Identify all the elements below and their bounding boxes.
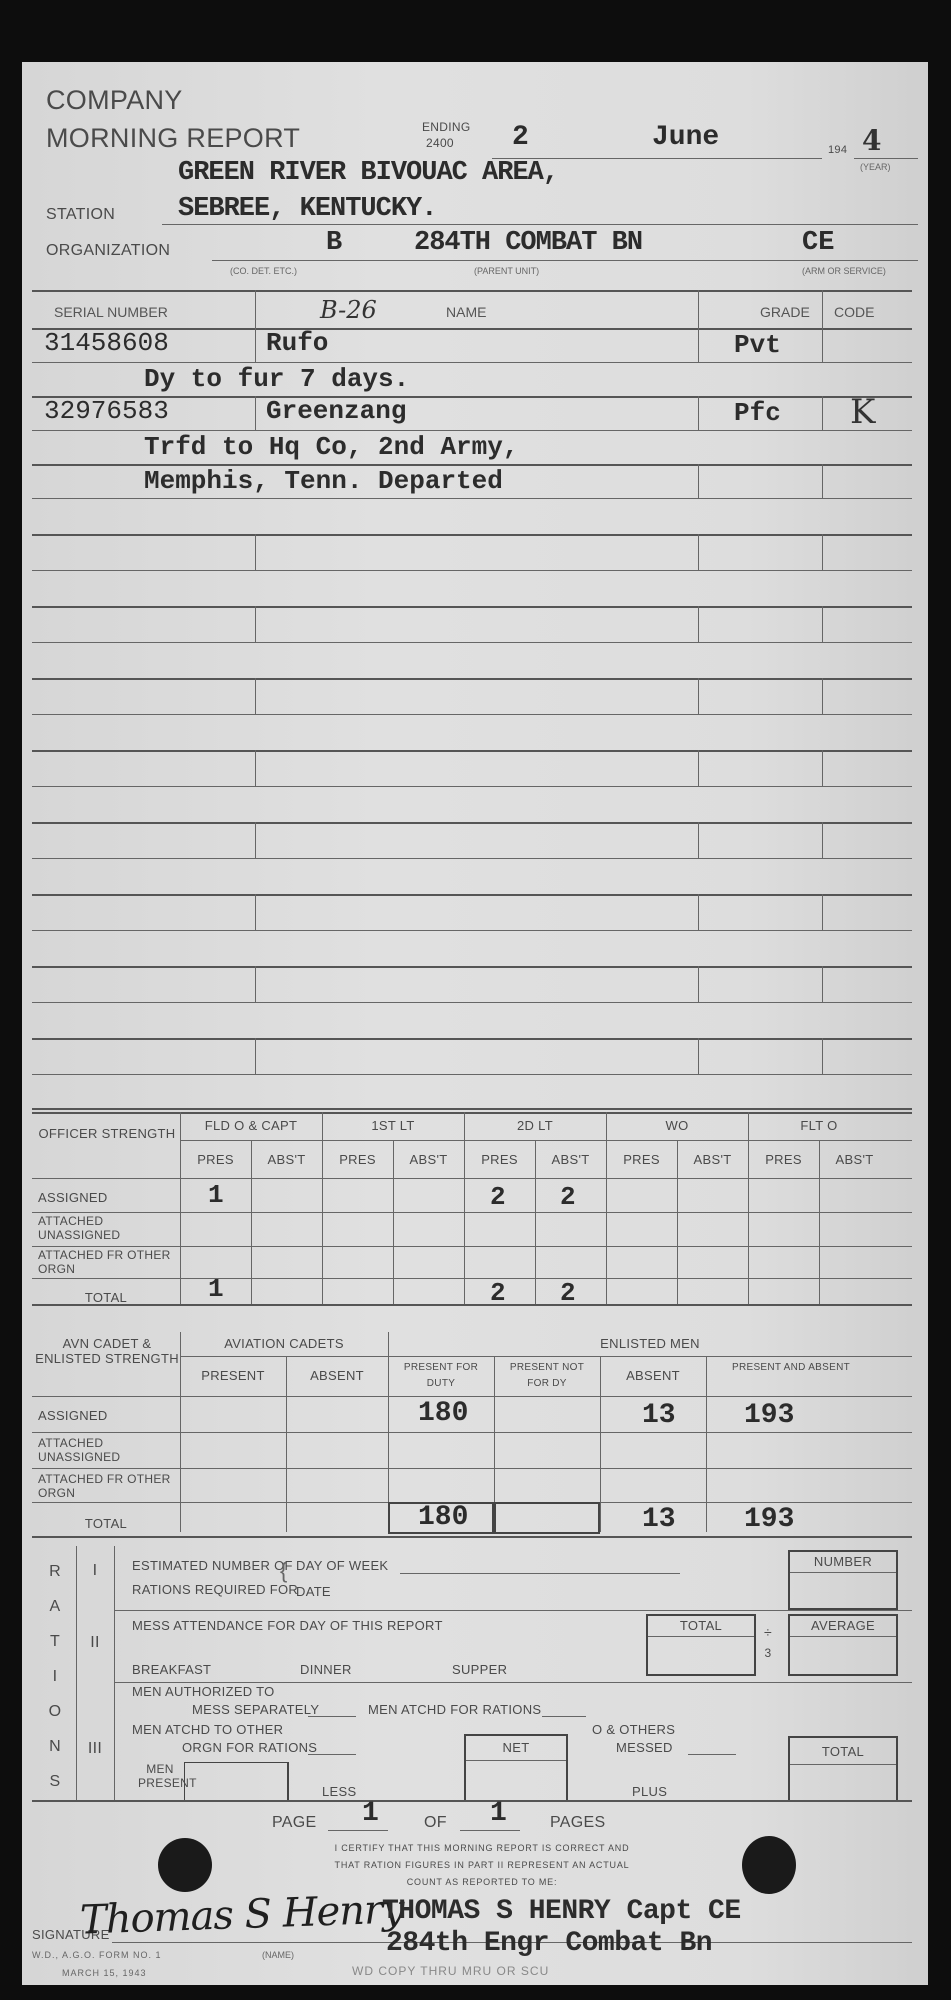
- page-underline: [328, 1830, 388, 1831]
- col-divider: [822, 464, 823, 498]
- remark-text: Trfd to Hq Co, 2nd Army,: [144, 432, 518, 462]
- row-label-attached-fr-other: ATTACHED FR OTHER ORGN: [38, 1472, 178, 1500]
- station-line-1[interactable]: GREEN RIVER BIVOUAC AREA,: [178, 158, 558, 188]
- remark-text: Dy to fur 7 days.: [144, 364, 409, 394]
- roster-row-empty[interactable]: [22, 750, 928, 786]
- col-divider: [255, 606, 256, 642]
- row-rule: [32, 1178, 912, 1179]
- roster-row-entry[interactable]: 31458608 Rufo Pvt: [22, 328, 928, 362]
- average-box[interactable]: AVERAGE: [788, 1614, 898, 1676]
- number-label: NUMBER: [790, 1554, 896, 1569]
- orgn-for-rations-field[interactable]: [308, 1754, 356, 1755]
- subcol-abst: ABS'T: [393, 1152, 464, 1167]
- morning-report-form: COMPANY MORNING REPORT ENDING 2400 2 Jun…: [22, 62, 928, 1985]
- row-label-attached-unassigned: ATTACHED UNASSIGNED: [38, 1214, 178, 1242]
- men-present-box[interactable]: [184, 1762, 289, 1801]
- col-divider: [822, 328, 823, 362]
- col-header-grade: GRADE: [760, 304, 810, 320]
- row-rule: [32, 498, 912, 499]
- officer-cell[interactable]: 1: [208, 1274, 224, 1304]
- row-rule: [180, 1356, 912, 1357]
- day-of-week-field[interactable]: [400, 1573, 680, 1574]
- soldier-name: Rufo: [266, 328, 328, 358]
- rations-side-label: R A T I O N S: [40, 1554, 70, 1799]
- form-title-company: COMPANY: [46, 86, 183, 114]
- men-present-label: MEN PRESENT: [138, 1762, 182, 1790]
- caption-arm-service: (ARM OR SERVICE): [802, 266, 886, 276]
- men-atchd-for-rations-label: MEN ATCHD FOR RATIONS: [368, 1702, 541, 1717]
- col-divider: [255, 750, 256, 786]
- certification-text: I CERTIFY THAT THIS MORNING REPORT IS CO…: [202, 1840, 762, 1891]
- col-divider: [698, 464, 699, 498]
- rations-section: R A T I O N S I ESTIMATED NUMBER OF RATI…: [32, 1546, 912, 1802]
- group-header-enlisted: ENLISTED MEN: [388, 1336, 912, 1351]
- divide-icon: ÷: [756, 1624, 780, 1640]
- serial-number: 31458608: [44, 328, 169, 358]
- row-label-assigned: ASSIGNED: [38, 1408, 108, 1423]
- part-iii-numeral: III: [76, 1740, 114, 1758]
- subcol-header: PRESENT FOR DUTY: [394, 1360, 488, 1392]
- page-label: PAGE: [272, 1814, 316, 1832]
- org-company[interactable]: B: [326, 228, 342, 258]
- col-divider: [706, 1356, 707, 1532]
- letter: T: [40, 1624, 70, 1659]
- punch-hole-right: [742, 1836, 796, 1894]
- row-rule: [32, 786, 912, 787]
- col-header-code: CODE: [834, 304, 874, 320]
- total-label: TOTAL: [648, 1618, 754, 1633]
- col-divider: [255, 1038, 256, 1074]
- roster-row-empty[interactable]: [22, 678, 928, 714]
- letter: A: [40, 1589, 70, 1624]
- roster-row-empty[interactable]: [22, 966, 928, 1002]
- row-rule: [32, 1468, 912, 1469]
- total-label: TOTAL: [790, 1744, 896, 1759]
- number-box[interactable]: NUMBER: [788, 1550, 898, 1610]
- form-title-morning-report: MORNING REPORT: [46, 124, 300, 152]
- soldier-name: Greenzang: [266, 396, 406, 426]
- signer-name-title[interactable]: THOMAS S HENRY Capt CE: [382, 1896, 741, 1927]
- col-divider: [698, 534, 699, 570]
- men-authorized-label-1: MEN AUTHORIZED TO: [132, 1684, 275, 1699]
- row-rule: [32, 570, 912, 571]
- plus-label: PLUS: [632, 1784, 667, 1799]
- row-rule: [32, 1396, 912, 1397]
- col-divider: [698, 822, 699, 858]
- year-prefix: 194: [828, 144, 847, 156]
- group-header: WO: [606, 1118, 748, 1133]
- part-ii-numeral: II: [76, 1634, 114, 1652]
- year-underline: [854, 158, 918, 159]
- officer-strength-title: OFFICER STRENGTH: [32, 1126, 182, 1142]
- roster-row-entry[interactable]: 32976583 Greenzang Pfc K: [22, 396, 928, 430]
- letter: R: [40, 1554, 70, 1589]
- enlisted-cell[interactable]: 193: [744, 1504, 794, 1535]
- col-divider: [76, 1546, 77, 1802]
- men-present-line-1: MEN: [138, 1762, 182, 1776]
- col-divider: [606, 1112, 607, 1304]
- station-line-2[interactable]: SEBREE, KENTUCKY.: [178, 194, 436, 224]
- row-rule: [32, 1074, 912, 1075]
- roster-row-empty[interactable]: [22, 822, 928, 858]
- part-i-text-1: ESTIMATED NUMBER OF: [132, 1558, 293, 1573]
- subcol-abst: ABS'T: [535, 1152, 606, 1167]
- ending-label: ENDING: [422, 120, 470, 134]
- col-divider: [748, 1112, 749, 1304]
- row-rule: [32, 714, 912, 715]
- row-rule: [180, 1140, 912, 1141]
- others-messed-label-2: MESSED: [616, 1740, 673, 1755]
- enlisted-strength-title: AVN CADET & ENLISTED STRENGTH: [32, 1336, 182, 1366]
- enlisted-cell[interactable]: 180: [418, 1502, 468, 1533]
- men-authorized-label-2: MESS SEPARATELY: [192, 1702, 319, 1717]
- others-messed-field[interactable]: [688, 1754, 736, 1755]
- enlisted-strength-table: AVN CADET & ENLISTED STRENGTH AVIATION C…: [32, 1332, 912, 1552]
- caption-parent-unit: (PARENT UNIT): [474, 266, 539, 276]
- certify-line-1: I CERTIFY THAT THIS MORNING REPORT IS CO…: [202, 1840, 762, 1857]
- subcol-header: PRESENT AND ABSENT: [726, 1360, 856, 1376]
- col-divider: [255, 894, 256, 930]
- less-label: LESS: [322, 1784, 356, 1799]
- row-rule: [32, 1432, 912, 1433]
- supper-label: SUPPER: [452, 1662, 507, 1677]
- group-header: FLD O & CAPT: [180, 1118, 322, 1133]
- col-divider: [822, 290, 823, 328]
- remark-text: Memphis, Tenn. Departed: [144, 466, 503, 496]
- table-bottom-rule: [32, 1536, 912, 1538]
- col-divider: [698, 290, 699, 328]
- row-rule: [32, 930, 912, 931]
- col-divider: [698, 678, 699, 714]
- enlisted-cell[interactable]: 193: [744, 1400, 794, 1431]
- table-bottom-rule: [32, 1304, 912, 1306]
- org-parent-unit[interactable]: 284TH COMBAT BN: [414, 228, 642, 258]
- signature[interactable]: Thomas S Henry: [79, 1886, 404, 1943]
- box-rule: [648, 1636, 754, 1637]
- part-i-numeral: I: [76, 1562, 114, 1580]
- box-rule: [466, 1760, 566, 1761]
- men-atchd-for-rations-field[interactable]: [542, 1716, 586, 1717]
- pages-label: PAGES: [550, 1814, 605, 1832]
- officer-strength-table: OFFICER STRENGTH FLD O & CAPT 1ST LT 2D …: [32, 1112, 912, 1312]
- row-rule: [32, 1278, 912, 1279]
- table-top-rule: [32, 1112, 912, 1114]
- breakfast-label: BREAKFAST: [132, 1662, 211, 1677]
- others-messed-label-1: O & OTHERS: [592, 1722, 675, 1737]
- officer-cell[interactable]: 1: [208, 1180, 224, 1210]
- enlisted-cell[interactable]: 180: [418, 1398, 468, 1429]
- col-divider: [255, 822, 256, 858]
- roster-row-empty[interactable]: [22, 894, 928, 930]
- col-header-name: NAME: [446, 304, 486, 320]
- total-box-present-not-duty: [494, 1502, 600, 1534]
- subcol-pres: PRES: [748, 1152, 819, 1167]
- col-divider: [255, 966, 256, 1002]
- col-divider: [698, 750, 699, 786]
- total-pages[interactable]: 1: [490, 1798, 507, 1829]
- letter: I: [40, 1659, 70, 1694]
- year-caption: (YEAR): [860, 162, 891, 172]
- mess-separately-field[interactable]: [308, 1716, 356, 1717]
- row-label-assigned: ASSIGNED: [38, 1190, 178, 1205]
- subcol-abst: ABS'T: [251, 1152, 322, 1167]
- row-rule: [32, 642, 912, 643]
- report-month[interactable]: June: [652, 122, 719, 153]
- station-underline: [162, 224, 918, 225]
- subcol-abst: ABS'T: [819, 1152, 890, 1167]
- row-rule: [32, 1246, 912, 1247]
- certify-line-3: COUNT AS REPORTED TO ME:: [202, 1874, 762, 1891]
- rations-total-box[interactable]: TOTAL: [788, 1736, 898, 1802]
- row-rule: [32, 1212, 912, 1213]
- row-rule: [32, 1002, 912, 1003]
- net-box[interactable]: NET: [464, 1734, 568, 1802]
- net-label: NET: [466, 1740, 566, 1755]
- col-divider: [464, 1112, 465, 1304]
- pages-underline: [460, 1830, 520, 1831]
- box-rule: [790, 1572, 896, 1573]
- page-number[interactable]: 1: [362, 1798, 379, 1829]
- divide-by: 3: [756, 1646, 780, 1660]
- report-day[interactable]: 2: [512, 122, 529, 153]
- subcol-header: ABSENT: [600, 1368, 706, 1383]
- roster-row-remark[interactable]: Dy to fur 7 days.: [22, 362, 928, 396]
- ending-time: 2400: [426, 136, 454, 150]
- soldier-grade: Pfc: [734, 398, 781, 428]
- average-label: AVERAGE: [790, 1618, 896, 1633]
- punch-hole-left: [158, 1838, 212, 1892]
- certify-line-2: THAT RATION FIGURES IN PART II REPRESENT…: [202, 1857, 762, 1874]
- roster-annotation: B-26: [320, 296, 377, 324]
- col-divider: [698, 328, 699, 362]
- roster-row-empty[interactable]: [22, 606, 928, 642]
- col-header-serial: SERIAL NUMBER: [54, 304, 168, 320]
- mess-total-box[interactable]: TOTAL: [646, 1614, 756, 1676]
- col-divider: [822, 966, 823, 1002]
- subcol-pres: PRES: [464, 1152, 535, 1167]
- roster-top-rule: [32, 290, 912, 292]
- of-label: OF: [424, 1814, 447, 1832]
- col-divider: [255, 534, 256, 570]
- org-arm-service[interactable]: CE: [802, 228, 834, 258]
- row-label-total: TOTAL: [32, 1516, 180, 1531]
- subcol-header: PRESENT NOT FOR DY: [500, 1360, 594, 1392]
- col-divider: [822, 822, 823, 858]
- col-divider: [698, 1038, 699, 1074]
- men-atchd-other-label-2: ORGN FOR RATIONS: [182, 1740, 317, 1755]
- day-of-week-label: DAY OF WEEK: [296, 1558, 388, 1573]
- officer-cell[interactable]: 2: [560, 1182, 576, 1212]
- roster-bottom-rule: [32, 1108, 912, 1110]
- organization-underline: [212, 260, 918, 261]
- row-rule: [114, 1610, 912, 1611]
- group-header: 2D LT: [464, 1118, 606, 1133]
- enlisted-cell[interactable]: 13: [642, 1400, 676, 1431]
- organization-label: ORGANIZATION: [46, 242, 170, 260]
- col-divider: [822, 894, 823, 930]
- row-label-attached-unassigned: ATTACHED UNASSIGNED: [38, 1436, 178, 1464]
- year-digit[interactable]: 4: [862, 124, 881, 157]
- soldier-grade: Pvt: [734, 330, 781, 360]
- col-divider: [255, 396, 256, 430]
- col-divider: [114, 1546, 115, 1802]
- form-date: MARCH 15, 1943: [62, 1968, 147, 1978]
- col-divider: [322, 1112, 323, 1304]
- col-divider: [698, 396, 699, 430]
- subcol-pres: PRES: [322, 1152, 393, 1167]
- subcol-header: PRESENT: [180, 1368, 286, 1383]
- rations-bottom-rule: [32, 1800, 912, 1802]
- group-header-cadets: AVIATION CADETS: [180, 1336, 388, 1351]
- enlisted-cell[interactable]: 13: [642, 1504, 676, 1535]
- men-present-line-2: PRESENT: [138, 1776, 182, 1790]
- roster-section: SERIAL NUMBER B-26 NAME GRADE CODE 31458…: [22, 290, 928, 1150]
- col-divider: [822, 678, 823, 714]
- col-divider: [698, 894, 699, 930]
- signer-unit[interactable]: 284th Engr Combat Bn: [386, 1928, 712, 1959]
- station-label: STATION: [46, 206, 115, 224]
- row-rule: [114, 1682, 912, 1683]
- col-divider: [822, 534, 823, 570]
- col-divider: [698, 966, 699, 1002]
- soldier-code: K: [850, 392, 875, 432]
- col-divider: [255, 328, 256, 362]
- roster-row-remark[interactable]: Trfd to Hq Co, 2nd Army,: [22, 430, 928, 464]
- men-atchd-other-label-1: MEN ATCHD TO OTHER: [132, 1722, 283, 1737]
- group-header: FLT O: [748, 1118, 890, 1133]
- col-divider: [822, 396, 823, 430]
- subcol-header: ABSENT: [286, 1368, 388, 1383]
- col-divider: [698, 606, 699, 642]
- serial-number: 32976583: [44, 396, 169, 426]
- date-label: DATE: [296, 1584, 331, 1599]
- caption-company: (CO. DET. ETC.): [230, 266, 297, 276]
- subcol-pres: PRES: [180, 1152, 251, 1167]
- col-divider: [822, 1038, 823, 1074]
- roster-row-empty[interactable]: [22, 1038, 928, 1074]
- letter: S: [40, 1764, 70, 1799]
- subcol-abst: ABS'T: [677, 1152, 748, 1167]
- roster-row-remark[interactable]: Memphis, Tenn. Departed: [22, 464, 928, 498]
- row-label-total: TOTAL: [32, 1290, 180, 1305]
- col-divider: [822, 750, 823, 786]
- subcol-pres: PRES: [606, 1152, 677, 1167]
- dinner-label: DINNER: [300, 1662, 352, 1677]
- name-caption: (NAME): [262, 1950, 294, 1960]
- copy-note: WD COPY THRU MRU OR SCU: [352, 1964, 549, 1978]
- roster-row-empty[interactable]: [22, 534, 928, 570]
- col-divider: [255, 290, 256, 328]
- form-number: W.D., A.G.O. FORM NO. 1: [32, 1950, 162, 1960]
- box-rule: [790, 1636, 896, 1637]
- mess-attendance-heading: MESS ATTENDANCE FOR DAY OF THIS REPORT: [132, 1618, 443, 1633]
- brace-icon: {: [280, 1558, 288, 1584]
- box-rule: [790, 1764, 896, 1765]
- col-divider: [255, 678, 256, 714]
- officer-cell[interactable]: 2: [490, 1182, 506, 1212]
- row-rule: [32, 858, 912, 859]
- letter: O: [40, 1694, 70, 1729]
- col-divider: [822, 606, 823, 642]
- group-header: 1ST LT: [322, 1118, 464, 1133]
- row-label-attached-fr-other: ATTACHED FR OTHER ORGN: [38, 1248, 178, 1276]
- part-i-text-2: RATIONS REQUIRED FOR: [132, 1582, 298, 1597]
- letter: N: [40, 1729, 70, 1764]
